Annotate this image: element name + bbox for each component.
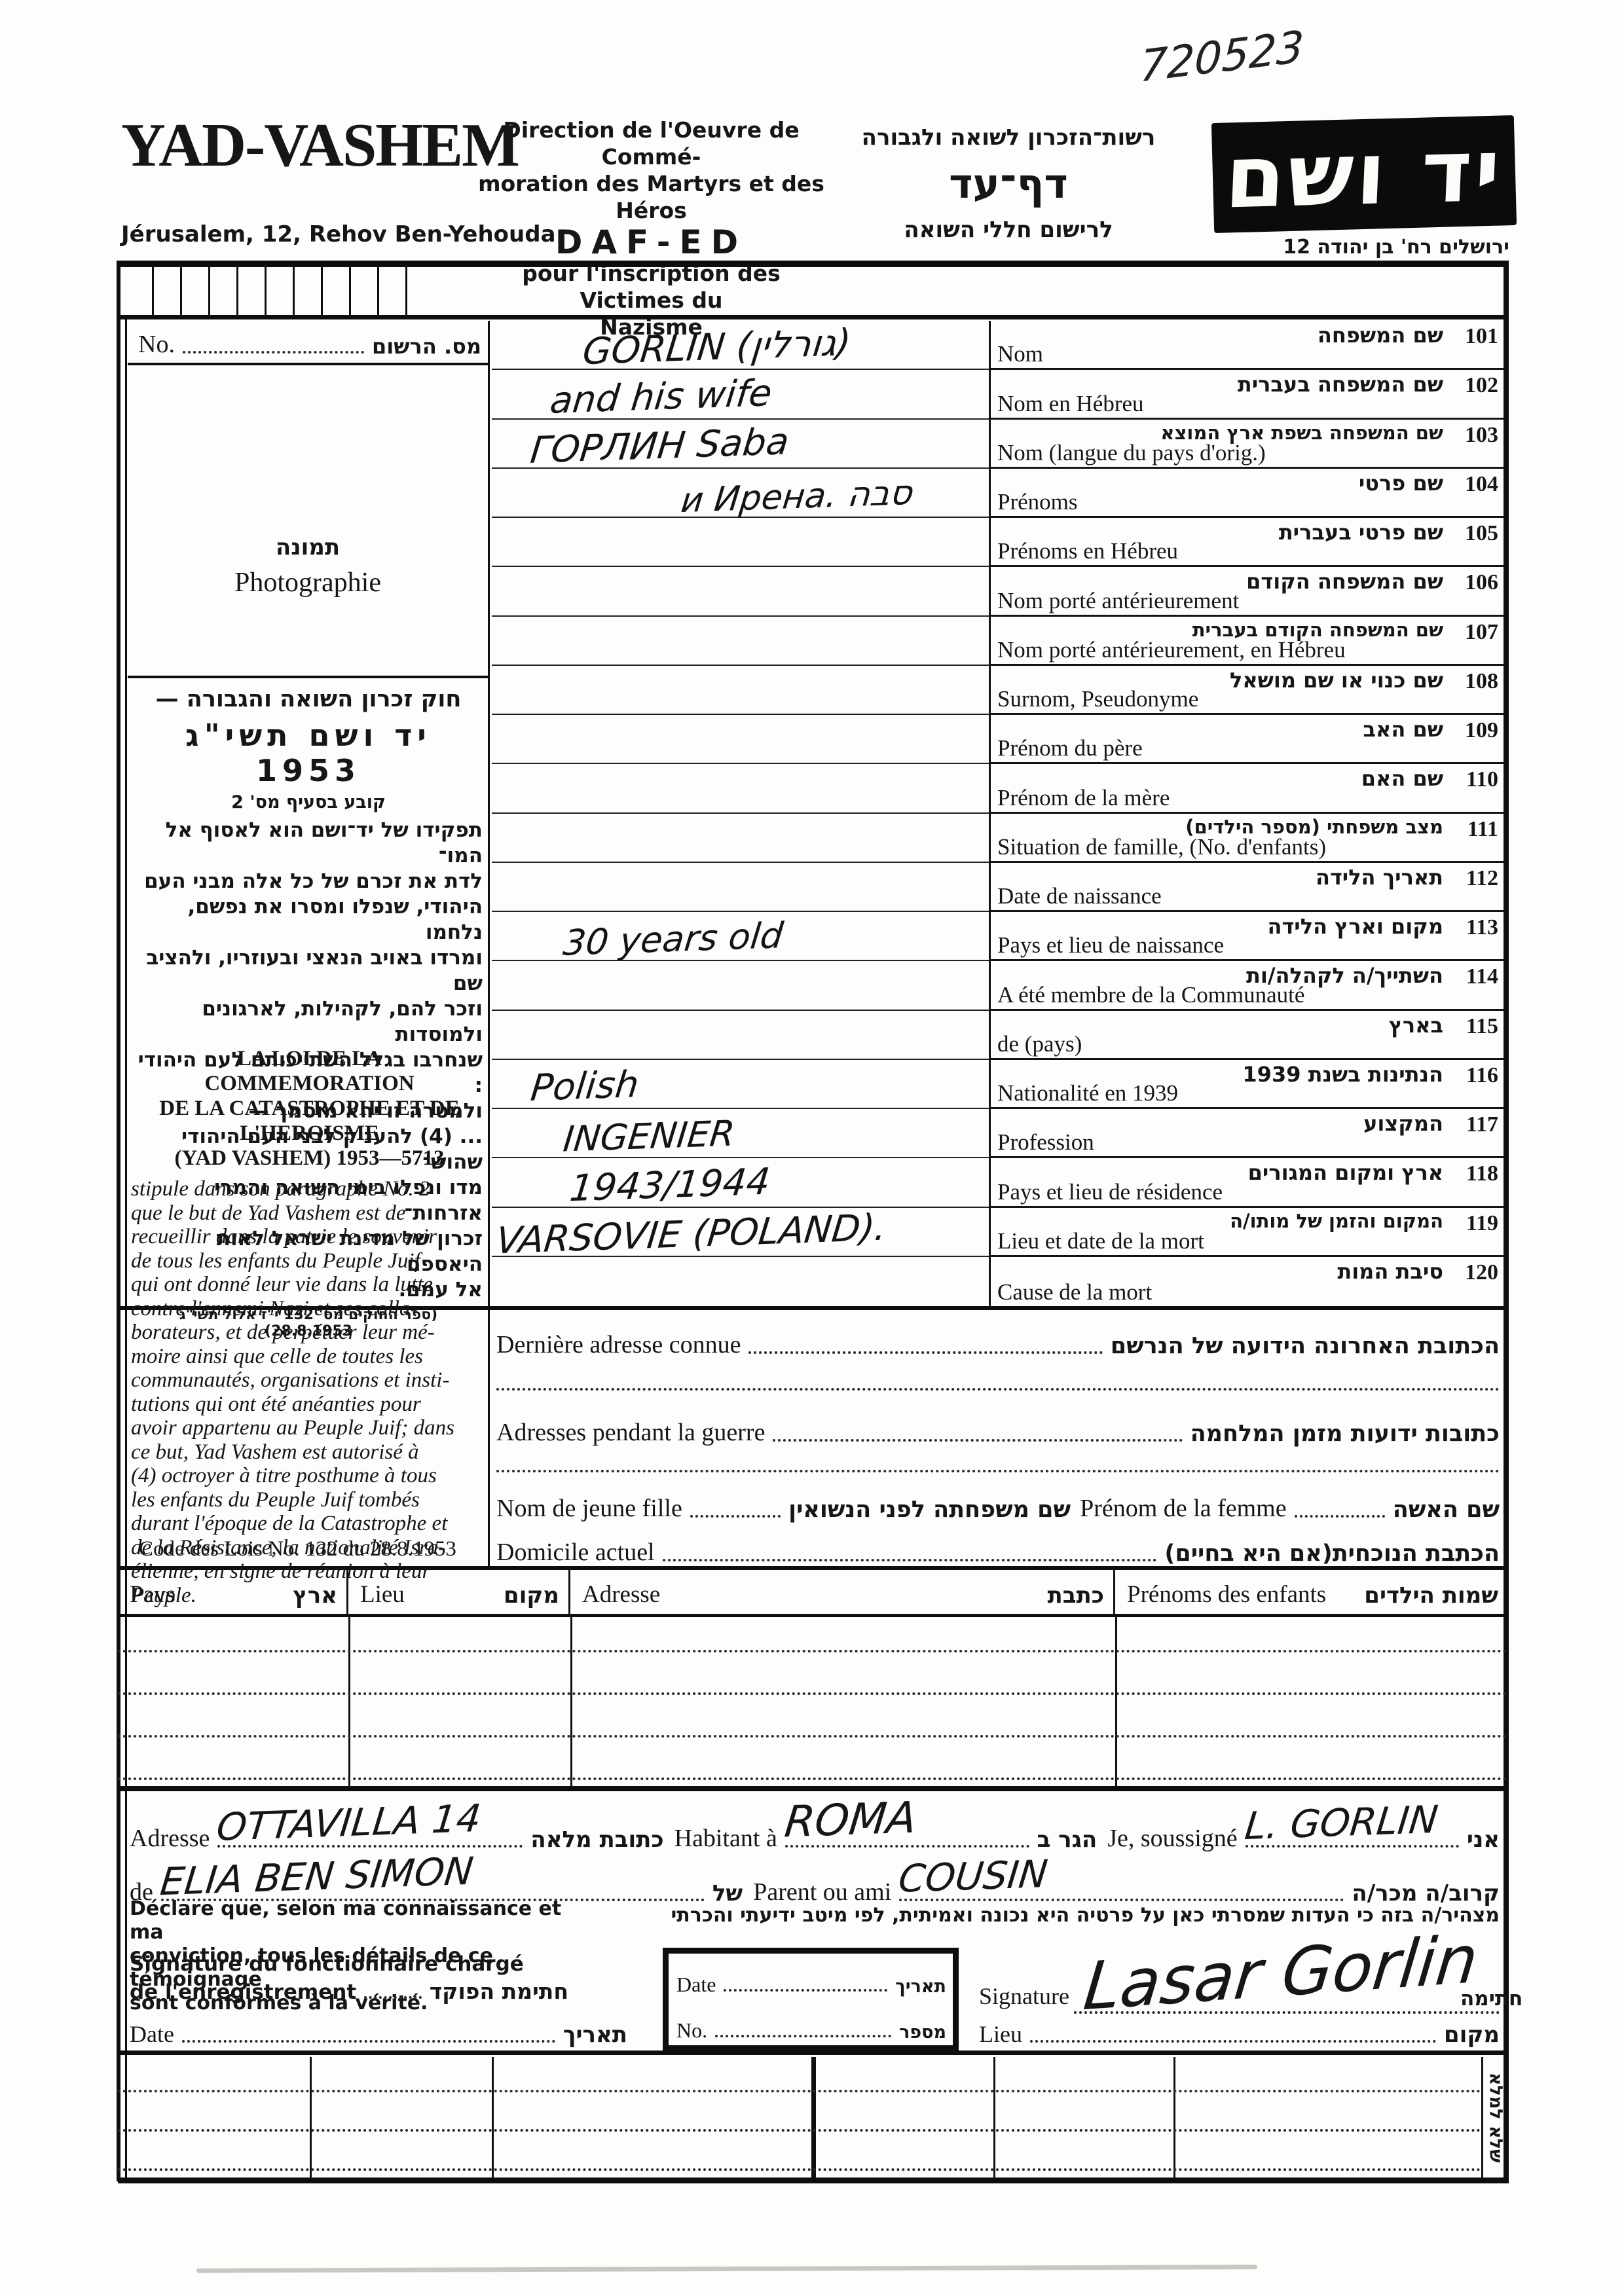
official-signature-label-he: חתימת הפוקד [430,1978,568,2004]
children-table-header: PaysארץLieuמקוםAdresseכתבתPrénoms des en… [118,1570,1507,1617]
field-number: 120 [1465,1260,1498,1285]
field-fr-label: Nom porté antérieurement [997,588,1239,614]
top-ruler-strip [118,261,1507,319]
official-signature-line [364,1996,422,1999]
date-row: Date תאריך [130,2015,627,2048]
prenom-femme-line [1295,1515,1385,1518]
field-fr-label: Nom en Hébreu [997,391,1144,417]
french-law-line: les enfants du Peuple Juif tombés [131,1488,488,1512]
bottom-office-table: שלא למלא [118,2057,1507,2179]
field-number: 109 [1465,718,1498,743]
date-line [182,2040,555,2043]
children-col-divider [348,1617,350,1786]
field-he-label: שם המשפחה [1318,323,1443,348]
hebrew-law-line: לדת את זכרם של כל אלה מבני העם [134,869,483,894]
border-left-inner [125,319,127,2181]
ruler-cell [154,267,182,315]
photo-label-french: Photographie [128,567,488,598]
field-he-label: שם האב [1363,717,1443,742]
declaration-french-line: Déclare que, selon ma connaissance et ma [130,1897,562,1944]
french-law-line: tutions qui ont été anéanties pour [131,1393,488,1417]
prenom-femme-label-he: שם האשה [1393,1497,1500,1523]
field-he-label: שם המשפחה הקודם [1246,569,1443,594]
french-law-block: LA LOI DE LA COMMEMORATIONDE LA CATASTRO… [131,1046,488,1607]
lieu-line [1030,2040,1436,2043]
bottom-table-divider [1173,2057,1175,2179]
field-row-101: שם המשפחה101Nom [991,321,1504,370]
margin-note-text: שלא למלא [1486,2072,1506,2162]
entry-row-108 [492,666,989,715]
entry-row-119: VARSOVIE (POLAND). [492,1208,989,1257]
field-row-105: שם פרטי בעברית105Prénoms en Hébreu [991,518,1504,567]
derniere-adresse-line2 [496,1388,1500,1391]
french-law-title-line: L'HEROISME [131,1121,488,1146]
children-col-2: Lieuמקום [348,1570,570,1614]
handwritten-entry: 1943/1944 [568,1160,772,1210]
handwritten-entry: and his wife [548,372,774,422]
hebrew-law-line: היהודי, שנפלו ומסרו את נפשם, נלחמו [134,894,483,945]
ruler-cell [267,267,295,315]
soussigne-value: L. GORLIN [1242,1797,1439,1848]
french-law-line: avoir appartenu au Peuple Juif; dans [131,1416,488,1440]
field-label-column: שם המשפחה101Nomשם המשפחה בעברית102Nom en… [991,321,1504,1306]
field-number: 107 [1465,620,1498,645]
field-number: 102 [1465,373,1498,398]
field-row-118: ארץ ומקום המגורים118Pays et lieu de rési… [991,1158,1504,1207]
field-fr-label: Nom (langue du pays d'orig.) [997,440,1266,466]
entry-row-115 [492,1011,989,1060]
handwritten-file-number: 720523 [1139,21,1305,92]
entry-row-120 [492,1257,989,1306]
habitant-value: ROMA [782,1793,919,1848]
field-row-111: מצב משפחתי (מספר הילדים)111Situation de … [991,814,1504,863]
office-date-row: Date תאריך [669,1954,953,1999]
ruler-cell [126,267,154,315]
field-he-label: המקצוע [1363,1111,1443,1136]
field-number: 103 [1465,423,1498,448]
field-he-label: שם פרטי [1359,471,1443,496]
french-law-line: stipule dans son paragraphe No. 2 [131,1177,488,1201]
field-he-label: ארץ ומקום המגורים [1248,1160,1443,1185]
ruler-cell [210,267,238,315]
entry-row-104: и Ирена. סבה [492,469,989,518]
field-fr-label: Pays et lieu de résidence [997,1179,1223,1205]
registration-number-row: No. מס. הרשום [128,322,488,365]
office-no-label: No. [676,2018,707,2043]
logo-hebrew-text: יד ושם [1223,120,1505,228]
french-law-title-line: LA LOI DE LA COMMEMORATION [131,1046,488,1096]
children-col-1: Paysארץ [118,1570,348,1614]
code-des-lois: Code des Lois No. 132 du 28.8.1953 [139,1537,456,1561]
no-label-hebrew: מס. הרשום [372,334,481,359]
margin-note-strip: שלא למלא [1483,2061,1509,2174]
field-row-117: המקצוע117Profession [991,1109,1504,1158]
entry-row-106 [492,567,989,616]
field-he-label: סיבת המות [1337,1259,1443,1284]
de-value: ELIA BEN SIMON [158,1849,475,1904]
entry-row-117: INGENIER [492,1109,989,1158]
french-law-line: durant l'époque de la Catastrophe et [131,1512,488,1536]
office-date-label-he: תאריך [895,1977,946,1997]
children-col-label-he: כתבת [1048,1582,1104,1609]
dept-fr-line2: moration des Martyrs et des Héros [473,170,830,224]
signature-label-he: חתימה [1460,1987,1522,2011]
border-right [1504,261,1509,2181]
jeune-fille-row: Nom de jeune fille שם משפחתה לפני הנשואי… [496,1485,1500,1523]
field-number: 114 [1466,964,1498,989]
handwritten-entry: GORLIN (גורלין) [581,321,853,373]
dept-he-line2: לרישום חללי השואה [838,217,1179,243]
ruler-cell [238,267,267,315]
field-number: 115 [1466,1014,1498,1039]
adresse-value: OTTAVILLA 14 [215,1796,483,1850]
ruler-cell [351,267,379,315]
bottom-table-row-line [118,2090,1481,2092]
domicile-line [663,1559,1157,1561]
entry-row-101: GORLIN (גורלין) [492,321,989,370]
field-number: 106 [1465,570,1498,595]
ruler-cell [182,267,210,315]
field-number: 105 [1465,521,1498,546]
field-number: 119 [1466,1211,1498,1236]
field-row-114: השתייך/ה לקהלה/ות114A été membre de la C… [991,961,1504,1010]
bottom-table-row-line [118,2129,1481,2132]
field-fr-label: Nom [997,341,1043,367]
children-col-label-he: מקום [504,1582,559,1609]
entry-row-118: 1943/1944 [492,1158,989,1207]
hebrew-law-subtitle: קובע בסעיף מס' 2 [134,792,483,812]
french-law-line: borateurs, et de perpétuer leur mé- [131,1321,488,1345]
field-number: 116 [1466,1063,1498,1088]
lieu-label: Lieu [979,2020,1022,2048]
french-law-line: moire ainsi que celle de toutes les [131,1345,488,1369]
field-number: 110 [1466,767,1498,792]
french-law-line: communautés, organisations et insti- [131,1368,488,1393]
form-name-hebrew: דף־עד [838,160,1179,208]
children-col-4: Prénoms des enfantsשמות הילדים [1115,1570,1507,1614]
office-no-line [715,2035,891,2037]
field-row-104: שם פרטי104Prénoms [991,469,1504,518]
hebrew-law-line: ומרדו באויב הנאצי ובעוזריו, ולהציב שם [134,945,483,996]
handwritten-entry: VARSOVIE (POLAND). [494,1206,889,1262]
field-he-label: הנתינות בשנת 1939 [1242,1062,1443,1087]
logo-caption: ירושלים רח' בן יהודה 12 [1241,236,1509,259]
parent-ami-label-he: קרוב/ה מכר/ה [1352,1880,1500,1906]
date-label-he: תאריך [563,2022,627,2048]
field-he-label: שם פרטי בעברית [1279,520,1443,545]
derniere-adresse-label-he: הכתובת האחרונה הידועה של הנרשם [1111,1333,1500,1359]
bottom-table-divider [310,2057,312,2179]
photo-label-hebrew: תמונה [128,534,488,560]
ruler-cell [379,267,407,315]
hebrew-law-title2: יד ושם תשי"ג 1953 [134,718,483,788]
ruler-cells [126,267,407,315]
field-number: 111 [1467,817,1498,842]
adresse-label: Adresse [130,1824,210,1853]
field-he-label: בארץ [1389,1013,1443,1038]
parent-ami-label: Parent ou ami [753,1878,891,1906]
office-date-label: Date [676,1973,716,1997]
handwritten-entry: ГОРЛИН Saba [528,420,791,472]
rule-above-bottom-table [118,2050,1507,2055]
dept-fr-line1: Direction de l'Oeuvre de Commé- [473,117,830,170]
field-number: 113 [1466,915,1498,940]
habitant-label: Habitant à [674,1824,777,1853]
hebrew-law-line: וזכר להם, לקהילות, לארגונים ולמוסדות [134,996,483,1048]
entry-row-109 [492,715,989,764]
french-law-line: ce but, Yad Vashem est autorisé à [131,1440,488,1465]
declaration-hebrew: מצהיר/ה בזה כי העדות שמסרתי כאן על פרטיה… [563,1904,1500,1927]
field-he-label: המקום והזמן של מותו/ה [1230,1210,1443,1232]
french-law-line: qui ont donné leur vie dans la lutte [131,1273,488,1297]
handwritten-entry: INGENIER [561,1113,737,1160]
children-col-label-fr: Pays [130,1580,175,1609]
adresses-guerre-line2 [496,1470,1500,1472]
field-fr-label: Prénom du père [997,735,1143,761]
ruler-cell [295,267,323,315]
domicile-label: Domicile actuel [496,1538,655,1567]
office-date-line [724,1989,887,1992]
field-fr-label: Prénom de la mère [997,785,1170,811]
field-row-102: שם המשפחה בעברית102Nom en Hébreu [991,370,1504,419]
children-row-line [118,1735,1507,1738]
adresses-guerre-line [773,1439,1182,1442]
french-law-title-line: (YAD VASHEM) 1953—5713 [131,1146,488,1171]
field-fr-label: Nom porté antérieurement, en Hébreu [997,637,1346,663]
children-col-label-he: ארץ [293,1582,337,1609]
handwritten-entry: Polish [528,1063,640,1110]
dept-hebrew-block: רשות־הזכרון לשואה ולגבורה דף־עד לרישום ח… [838,124,1179,243]
field-fr-label: de (pays) [997,1031,1082,1057]
entry-row-107 [492,617,989,666]
entry-row-116: Polish [492,1060,989,1109]
border-left-outer [117,261,120,2181]
field-he-label: שם האם [1361,766,1443,791]
daf-ed-form-scan: 720523 YAD-VASHEM Jérusalem, 12, Rehov B… [0,0,1624,2296]
field-he-label: מקום וארץ הלידה [1267,914,1443,939]
adresses-guerre-row: Adresses pendant la guerre כתובות ידועות… [496,1409,1500,1447]
jeune-fille-label: Nom de jeune fille [496,1494,682,1523]
official-signature-label-1: Signature du fonctionnaire chargé [130,1952,524,1976]
ruler-cell [323,267,351,315]
french-law-line: de tous les enfants du Peuple Juif [131,1249,488,1273]
field-fr-label: Situation de famille, (No. d'enfants) [997,834,1326,860]
derniere-adresse-row: Dernière adresse connue הכתובת האחרונה ה… [496,1321,1500,1359]
lieu-row: Lieu מקום [979,2015,1500,2048]
french-law-line: (4) octroyer à titre posthume à tous [131,1464,488,1488]
children-col-label-fr: Prénoms des enfants [1127,1580,1326,1609]
soussigne-label-he: אני [1467,1827,1500,1853]
derniere-adresse-label: Dernière adresse connue [496,1330,741,1359]
children-row-line [118,1692,1507,1695]
domicile-row: Domicile actuel הכתבת הנוכחית(אם היא בחי… [496,1529,1500,1567]
jeune-fille-label-he: שם משפחתה לפני הנשואין [788,1497,1071,1523]
field-fr-label: Cause de la mort [997,1279,1152,1305]
field-number: 101 [1465,324,1498,349]
soussigne-label: Je, soussigné [1107,1824,1237,1853]
french-law-line: contre l'ennemi Nazi et ses colla- [131,1297,488,1321]
signature-label: Signature [979,1982,1069,2010]
field-number: 118 [1466,1161,1498,1186]
prenom-femme-label: Prénom de la femme [1080,1494,1287,1523]
de-label-he: של [712,1880,743,1906]
form-name-latin: DAF-ED [473,229,830,256]
hebrew-law-line: תפקידו של יד־ושם הוא לאסוף אל המו־ [134,818,483,869]
field-row-119: המקום והזמן של מותו/ה119Lieu et date de … [991,1208,1504,1257]
entry-row-112 [492,863,989,912]
photo-box: תמונה Photographie [128,365,488,678]
french-law-line: recueillir dans la patrie le souvenir [131,1225,488,1249]
official-signature-label-2: de l'enregistrement חתימת הפוקד [130,1978,568,2004]
children-col-divider [570,1617,572,1786]
bottom-table-divider [1481,2057,1483,2179]
field-row-113: מקום וארץ הלידה113Pays et lieu de naissa… [991,912,1504,961]
entry-row-113: 30 years old [492,912,989,961]
field-row-112: תאריך הלידה112Date de naissance [991,863,1504,912]
children-row-line [118,1777,1507,1780]
field-he-label: תאריך הלידה [1316,865,1443,890]
handwritten-entry: и Ирена. סבה [679,473,914,520]
scan-artifact [196,2265,1257,2273]
field-he-label: שם כנוי או שם מושאל [1230,668,1443,693]
children-col-3: Adresseכתבת [570,1570,1115,1614]
field-row-110: שם האם110Prénom de la mère [991,764,1504,813]
field-row-115: בארץ115de (pays) [991,1011,1504,1060]
field-row-109: שם האב109Prénom du père [991,715,1504,764]
lieu-label-he: מקום [1444,2022,1500,2048]
entry-row-105 [492,518,989,567]
dept-he-line1: רשות־הזכרון לשואה ולגבורה [838,124,1179,151]
field-fr-label: A été membre de la Communauté [997,982,1304,1008]
handwritten-entry: 30 years old [561,915,785,964]
children-table-body [118,1617,1507,1786]
field-number: 104 [1465,472,1498,497]
bottom-table-row-line [118,2168,1481,2171]
french-law-title: LA LOI DE LA COMMEMORATIONDE LA CATASTRO… [131,1046,488,1171]
signature-handwritten: Lasar Gorlin [1080,1920,1482,2025]
french-law-line: que le but de Yad Vashem est de [131,1201,488,1226]
bottom-table-divider [993,2057,995,2179]
field-row-116: הנתינות בשנת 1939116Nationalité en 1939 [991,1060,1504,1109]
field-fr-label: Profession [997,1129,1094,1156]
entry-row-102: and his wife [492,370,989,419]
org-title: YAD-VASHEM [121,110,478,181]
domicile-label-he: הכתבת הנוכחית(אם היא בחיים) [1164,1540,1500,1567]
children-row-line [118,1650,1507,1652]
divider-left-column [488,321,490,1566]
entry-row-114 [492,961,989,1010]
field-fr-label: Date de naissance [997,883,1162,909]
rule-under-children-table [118,1786,1507,1791]
field-number: 112 [1466,866,1498,891]
field-row-103: שם המשפחה בשפת ארץ המוצא103Nom (langue d… [991,420,1504,469]
no-label: No. [138,330,175,359]
entry-row-103: ГОРЛИН Saba [492,420,989,469]
children-col-label-fr: Lieu [360,1580,405,1609]
office-use-box: Date תאריך No. מספר [663,1948,959,2051]
children-col-label-fr: Adresse [582,1580,660,1609]
office-no-row: No. מספר [669,1999,953,2045]
field-row-108: שם כנוי או שם מושאל108Surnom, Pseudonyme [991,666,1504,715]
field-row-120: סיבת המות120Cause de la mort [991,1257,1504,1306]
children-col-divider [1115,1617,1117,1786]
french-law-title-line: DE LA CATASTROPHE ET DE [131,1096,488,1121]
bottom-table-divider [492,2057,494,2179]
field-fr-label: Nationalité en 1939 [997,1080,1178,1106]
field-row-106: שם המשפחה הקודם106Nom porté antérieureme… [991,567,1504,616]
handwriting-column: GORLIN (גורלין)and his wifeГОРЛИН Sabaи … [492,321,989,1306]
field-he-label: שם המשפחה בעברית [1238,372,1443,397]
parent-ami-value: COUSIN [896,1851,1050,1901]
bottom-table-divider [811,2057,816,2179]
entry-row-111 [492,814,989,863]
habitant-label-he: הגר ב [1037,1827,1098,1853]
field-number: 108 [1465,669,1498,694]
yad-vashem-logo: יד ושם [1211,115,1517,233]
no-dotted-line [183,351,364,354]
address-line-1: Adresse OTTAVILLA 14 כתובת מלאה Habitant… [130,1795,1500,1853]
field-fr-label: Pays et lieu de naissance [997,932,1224,958]
entry-row-110 [492,764,989,813]
field-row-107: שם המשפחה הקודם בעברית107Nom porté antér… [991,617,1504,666]
field-fr-label: Prénoms en Hébreu [997,538,1178,564]
adresses-guerre-label-he: כתובות ידועות מזמן המלחמה [1190,1421,1500,1447]
derniere-adresse-line [748,1351,1102,1354]
adresses-guerre-label: Adresses pendant la guerre [496,1418,765,1447]
field-fr-label: Prénoms [997,489,1078,515]
field-fr-label: Lieu et date de la mort [997,1228,1204,1254]
hebrew-law-title: חוק זכרון השואה והגבורה — [134,686,483,712]
field-fr-label: Surnom, Pseudonyme [997,686,1198,712]
date-label: Date [130,2020,174,2048]
official-signature-label-2-text: de l'enregistrement [130,1980,356,2004]
office-no-label-he: מספר [899,2022,946,2043]
jeune-fille-line [690,1515,781,1518]
children-col-label-he: שמות הילדים [1364,1582,1498,1609]
field-number: 117 [1466,1112,1498,1137]
adresse-label-he: כתובת מלאה [530,1827,663,1853]
